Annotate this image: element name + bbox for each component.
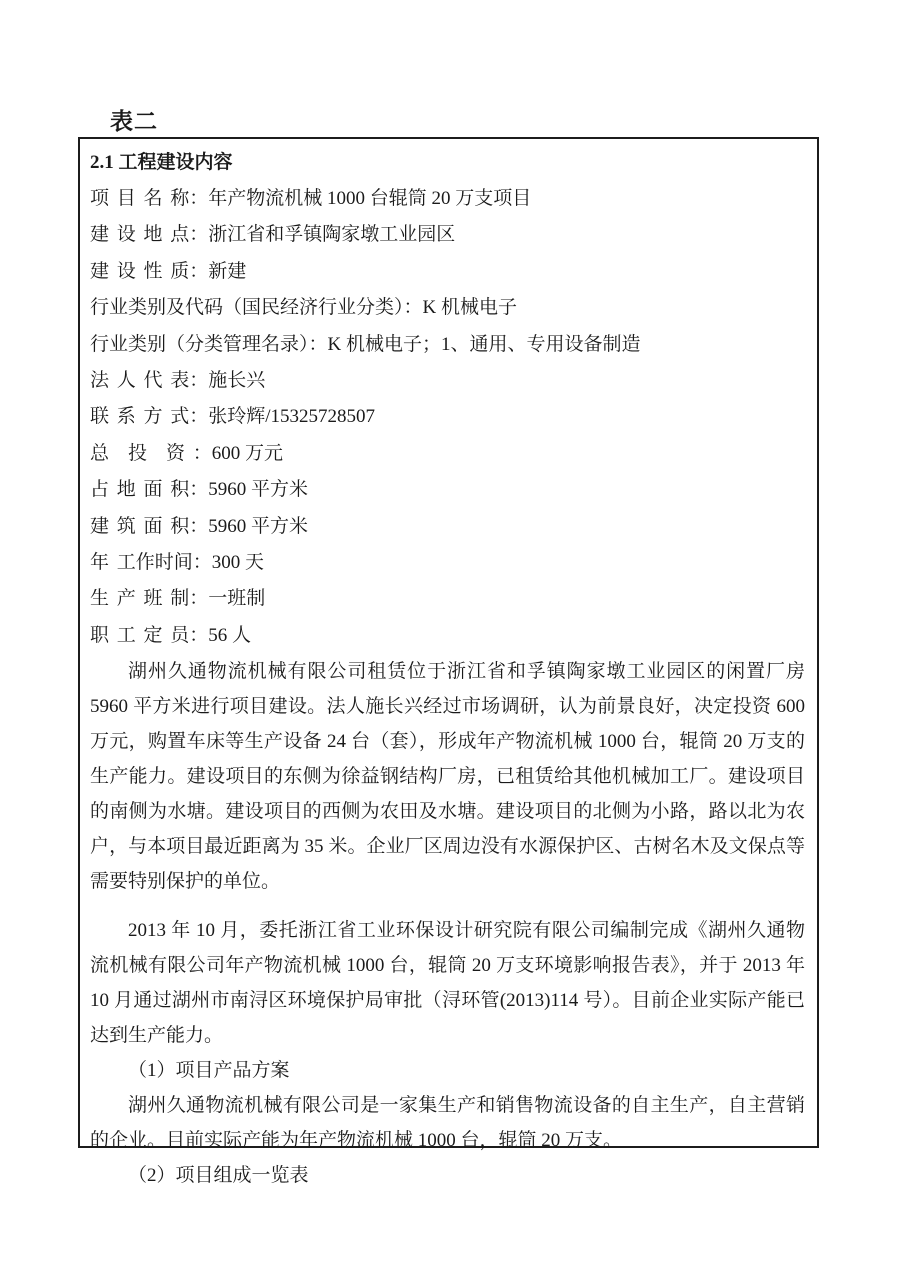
field-row: 职 工 定 员：56 人 [90,618,805,654]
field-label: 联 系 方 式： [90,406,208,427]
field-label: 建 筑 面 积： [90,516,208,537]
field-label: 总 投 资 ： [90,443,212,464]
field-row: 行业类别（分类管理名录）：K 机械电子；1、通用、专用设备制造 [90,327,805,363]
field-value: 5960 平方米 [208,516,308,537]
field-row: 行业类别及代码（国民经济行业分类）：K 机械电子 [90,290,805,326]
body-paragraph: 湖州久通物流机械有限公司是一家集生产和销售物流设备的自主生产，自主营销的企业。目… [90,1088,805,1158]
field-label: 法 人 代 表： [90,370,208,391]
field-row: 法 人 代 表：施长兴 [90,363,805,399]
field-row: 总 投 资 ：600 万元 [90,436,805,472]
field-value: 浙江省和孚镇陶家墩工业园区 [208,224,455,245]
field-label: 职 工 定 员： [90,625,208,646]
content-frame: 2.1 工程建设内容 项 目 名 称：年产物流机械 1000 台辊筒 20 万支… [78,137,819,1148]
field-row: 项 目 名 称：年产物流机械 1000 台辊筒 20 万支项目 [90,181,805,217]
field-label: 行业类别（分类管理名录）： [90,334,328,355]
field-value: 新建 [208,261,246,282]
field-value: 56 人 [208,625,251,646]
field-row: 建 设 性 质：新建 [90,254,805,290]
list-caption: （2）项目组成一览表 [90,1158,805,1193]
field-row: 占 地 面 积：5960 平方米 [90,472,805,508]
body-paragraph: 湖州久通物流机械有限公司租赁位于浙江省和孚镇陶家墩工业园区的闲置厂房 5960 … [90,654,805,899]
section-heading: 2.1 工程建设内容 [90,145,805,181]
field-list: 项 目 名 称：年产物流机械 1000 台辊筒 20 万支项目建 设 地 点：浙… [90,181,805,654]
field-value: 张玲辉/15325728507 [208,406,375,427]
document-page: 表二 2.1 工程建设内容 项 目 名 称：年产物流机械 1000 台辊筒 20… [0,0,900,1273]
field-label: 项 目 名 称： [90,188,208,209]
field-label: 行业类别及代码（国民经济行业分类）： [90,297,423,318]
field-value: K 机械电子；1、通用、专用设备制造 [328,334,641,355]
field-row: 建 筑 面 积：5960 平方米 [90,509,805,545]
field-row: 建 设 地 点：浙江省和孚镇陶家墩工业园区 [90,217,805,253]
field-value: 5960 平方米 [208,479,308,500]
field-value: K 机械电子 [423,297,517,318]
field-label: 年 工作时间： [90,552,212,573]
field-label: 建 设 性 质： [90,261,208,282]
field-value: 300 天 [212,552,264,573]
body-paragraph: 2013 年 10 月，委托浙江省工业环保设计研究院有限公司编制完成《湖州久通物… [90,913,805,1053]
field-value: 年产物流机械 1000 台辊筒 20 万支项目 [208,188,531,209]
field-value: 施长兴 [208,370,265,391]
field-row: 联 系 方 式：张玲辉/15325728507 [90,399,805,435]
field-label: 生 产 班 制： [90,588,208,609]
list-caption: （1）项目产品方案 [90,1053,805,1088]
field-value: 一班制 [208,588,265,609]
table-caption: 表二 [110,103,158,136]
field-label: 建 设 地 点： [90,224,208,245]
field-label: 占 地 面 积： [90,479,208,500]
field-row: 生 产 班 制：一班制 [90,581,805,617]
field-value: 600 万元 [212,443,283,464]
paragraph-list: 湖州久通物流机械有限公司租赁位于浙江省和孚镇陶家墩工业园区的闲置厂房 5960 … [90,654,805,1193]
field-row: 年 工作时间：300 天 [90,545,805,581]
